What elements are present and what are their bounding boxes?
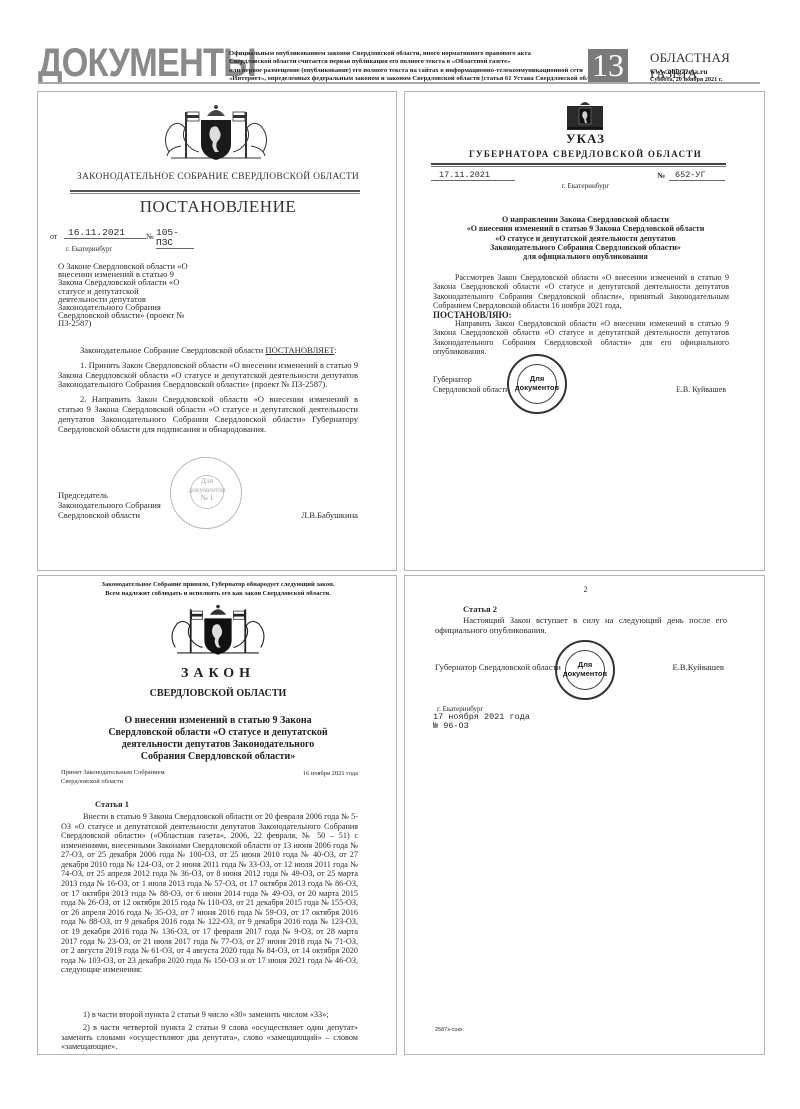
document-title: УКАЗ xyxy=(405,134,765,144)
signer-name: Е.В. Куйвашев xyxy=(676,385,726,395)
change-item: 2) в части четвертой пункта 2 статьи 9 с… xyxy=(61,1023,358,1052)
decree-document: УКАЗ ГУБЕРНАТОРА СВЕРДЛОВСКОЙ ОБЛАСТИ 17… xyxy=(404,91,765,571)
law-document-page-1: Законодательное Собрание приняло, Губерн… xyxy=(37,575,397,1055)
number-label: № xyxy=(657,171,665,181)
decree-keyword: ПОСТАНОВЛЯЕТ xyxy=(265,345,334,355)
law-number: № 96-ОЗ xyxy=(433,722,530,731)
document-title: ЗАКОН xyxy=(38,669,397,679)
coat-of-arms-icon xyxy=(563,100,607,132)
signer-position: Председатель Законодательного Собрания С… xyxy=(58,490,188,520)
document-subject: О Законе Свердловской области «О внесени… xyxy=(58,262,188,328)
resolution-body: Законодательное Собрание Свердловской об… xyxy=(58,346,358,439)
footer-code: 2587з-сокх xyxy=(435,1025,463,1035)
article-body: Внести в статью 9 Закона Свердловской об… xyxy=(61,812,358,975)
seal-stamp-text: Для документов xyxy=(511,375,563,392)
document-number: 105-ПЗС xyxy=(156,228,194,249)
section-title: ДОКУМЕНТЫ xyxy=(38,43,256,83)
document-title: ПОСТАНОВЛЕНИЕ xyxy=(38,202,397,212)
note-line: или первое размещение (опубликование) ег… xyxy=(229,67,624,75)
organization-name: ЗАКОНОДАТЕЛЬНОЕ СОБРАНИЕ СВЕРДЛОВСКОЙ ОБ… xyxy=(38,172,397,182)
change-item: 1) в части второй пункта 2 статьи 9 числ… xyxy=(61,1010,358,1020)
title-divider xyxy=(431,163,726,165)
article-title: Статья 2 xyxy=(463,604,497,614)
resolution-item: 2. Направить Закон Свердловской области … xyxy=(58,395,358,434)
signer-name: Е.В.Куйвашев xyxy=(672,662,724,672)
coat-of-arms-icon xyxy=(158,602,278,662)
decree-considering: Рассмотрев Закон Свердловской области «О… xyxy=(433,273,729,311)
law-document-page-2: 2 Статья 2 Настоящий Закон вступает в си… xyxy=(404,575,765,1055)
title-divider xyxy=(70,190,360,192)
number-label: № xyxy=(146,232,154,242)
document-date: 16.11.2021 xyxy=(64,228,146,239)
seal-stamp-text: Для документов № 1 xyxy=(184,477,230,503)
date-label: от xyxy=(50,232,57,242)
decree-decision: Направить Закон Свердловской области «О … xyxy=(433,319,729,357)
publication-note: Официальным опубликованием законов Сверд… xyxy=(229,50,624,84)
newspaper-header: ДОКУМЕНТЫ Официальным опубликованием зак… xyxy=(38,46,760,84)
document-region: СВЕРДЛОВСКОЙ ОБЛАСТИ xyxy=(38,689,397,699)
document-subject: О внесении изменений в статью 9 Закона С… xyxy=(68,715,368,763)
document-city: г. Екатеринбург xyxy=(66,244,112,254)
seal-stamp-text: Для документов xyxy=(559,661,611,678)
signer-position: Губернатор Свердловской области xyxy=(435,662,561,672)
accepted-by: Принят Законодательным Собранием Свердло… xyxy=(61,769,165,786)
preamble: Законодательное Собрание Свердловской об… xyxy=(58,346,358,356)
signed-date: 17 ноября 2021 года № 96-ОЗ xyxy=(433,713,530,731)
article-title: Статья 1 xyxy=(95,799,129,809)
newspaper-url[interactable]: www.oblgazeta.ru xyxy=(650,67,708,76)
resolution-item: 1. Принять Закон Свердловской области «О… xyxy=(58,361,358,390)
resolution-document: ЗАКОНОДАТЕЛЬНОЕ СОБРАНИЕ СВЕРДЛОВСКОЙ ОБ… xyxy=(37,91,397,571)
law-intro: Законодательное Собрание приняло, Губерн… xyxy=(38,581,397,598)
signer-position: Губернатор Свердловской области xyxy=(433,375,509,394)
document-date: 17.11.2021 xyxy=(431,170,515,181)
header-divider xyxy=(38,82,760,84)
title-divider xyxy=(70,193,360,194)
document-city: г. Екатеринбург xyxy=(405,181,765,191)
page-number: 13 xyxy=(588,49,628,82)
document-issuer: ГУБЕРНАТОРА СВЕРДЛОВСКОЙ ОБЛАСТИ xyxy=(405,149,765,159)
page-number: 2 xyxy=(405,585,765,595)
document-number: 652-УГ xyxy=(669,170,725,181)
article-body: Настоящий Закон вступает в силу на следу… xyxy=(435,615,727,635)
signer-name: Л.В.Бабушкина xyxy=(301,510,358,520)
note-line: Официальным опубликованием законов Сверд… xyxy=(229,50,624,58)
title-divider xyxy=(431,166,726,167)
coat-of-arms-icon xyxy=(151,102,281,168)
accepted-date: 16 ноября 2021 года xyxy=(303,769,358,779)
note-line: Свердловской области считается первая пу… xyxy=(229,58,624,66)
document-subject: О направлении Закона Свердловской област… xyxy=(425,215,746,261)
